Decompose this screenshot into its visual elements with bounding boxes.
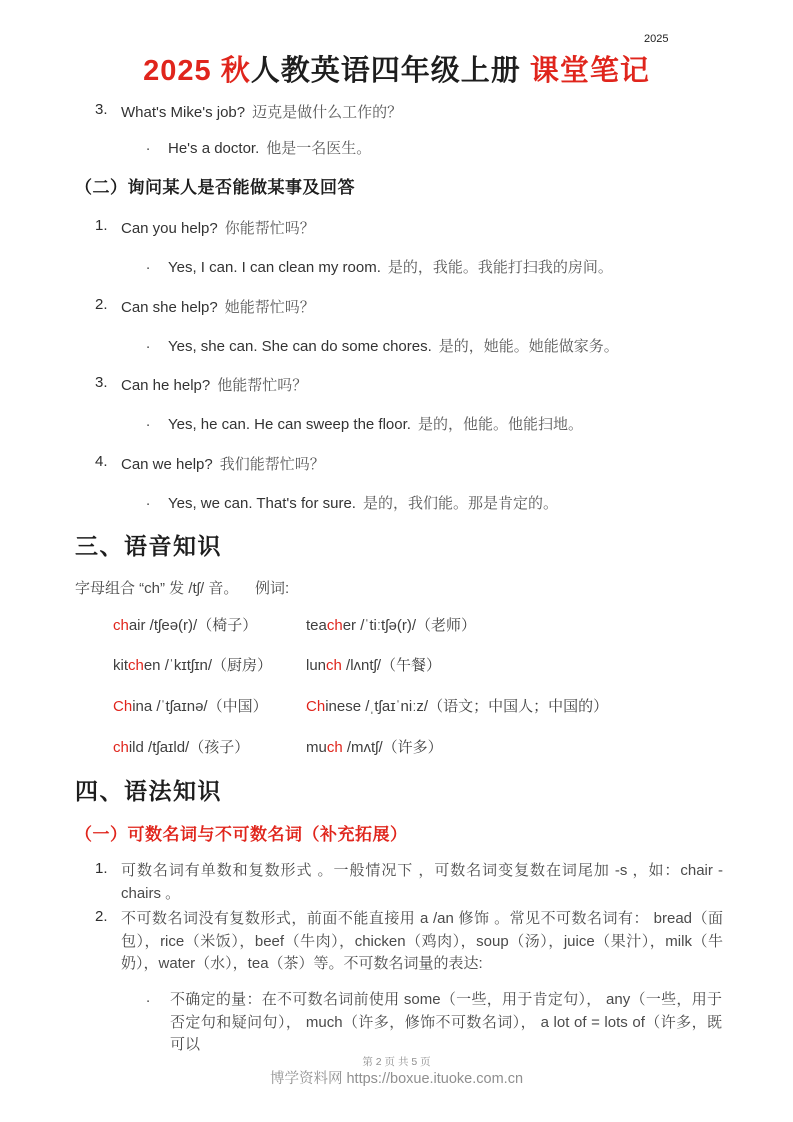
word-phonetic: /tʃaɪld/（孩子） — [144, 739, 249, 756]
answer-chinese: 他是一名医生。 — [266, 140, 371, 157]
question-english: Can he help? — [121, 377, 210, 394]
answer-chinese: 是的，我们能。那是肯定的。 — [363, 495, 558, 512]
document-title: 2025 秋人教英语四年级上册 课堂笔记 — [0, 48, 793, 89]
phonics-row: chair /tʃeə(r)/（椅子） teacher /ˈtiːtʃə(r)/… — [113, 614, 476, 635]
phonics-entry: much /mʌtʃ/（许多） — [306, 736, 443, 757]
qa-question-row: 4. Can we help?我们能帮忙吗？ — [95, 453, 325, 474]
phonics-entry: teacher /ˈtiːtʃə(r)/（老师） — [306, 614, 476, 635]
word-highlight: ch — [113, 739, 129, 756]
word-phonetic: /ˈtiːtʃə(r)/（老师） — [356, 617, 476, 634]
title-part-notes: 课堂笔记 — [530, 55, 650, 87]
answer-bullet: . — [146, 137, 168, 158]
item-number: 1. — [95, 860, 121, 905]
qa-answer-row: . Yes, I can. I can clean my room.是的，我能。… — [146, 256, 613, 277]
phonics-row: China /ˈtʃaɪnə/（中国） Chinese /ˌtʃaɪˈniːz/… — [113, 695, 608, 716]
question-number: 1. — [95, 217, 121, 238]
answer-bullet: . — [146, 413, 168, 434]
word-suffix: inese — [325, 698, 361, 715]
title-part-year: 2025 秋 — [143, 55, 251, 87]
section-two-heading: （二）询问某人是否能做某事及回答 — [75, 173, 355, 198]
phonics-entry: kitchen /ˈkɪtʃɪn/（厨房） — [113, 654, 306, 675]
phonics-entry: Chinese /ˌtʃaɪˈniːz/（语文；中国人；中国的） — [306, 695, 608, 716]
phonics-entry: chair /tʃeə(r)/（椅子） — [113, 614, 306, 635]
grammar-item: 2. 不可数名词没有复数形式，前面不能直接用 a /an 修饰 。常见不可数名词… — [95, 908, 723, 976]
question-english: Can we help? — [121, 456, 213, 473]
qa-question-row: 1. Can you help?你能帮忙吗？ — [95, 217, 315, 238]
grammar-subheading: （一）可数名词与不可数名词（补充拓展） — [75, 820, 408, 845]
phonics-entry: lunch /lʌntʃ/（午餐） — [306, 654, 441, 675]
word-highlight: ch — [327, 617, 343, 634]
question-chinese: 我们能帮忙吗？ — [220, 456, 325, 473]
word-prefix: lun — [306, 657, 326, 674]
word-phonetic: /mʌtʃ/（许多） — [343, 739, 443, 756]
word-suffix: en — [144, 657, 161, 674]
item-text: 不可数名词没有复数形式，前面不能直接用 a /an 修饰 。常见不可数名词有： … — [121, 908, 723, 976]
question-chinese: 她能帮忙吗？ — [225, 299, 315, 316]
question-number: 3. — [95, 101, 121, 122]
grammar-item: 1. 可数名词有单数和复数形式 。一般情况下 ，可数名词变复数在词尾加 -s ，… — [95, 860, 723, 905]
sub-item-text: 不确定的量：在不可数名词前使用 some（一些，用于肯定句）， any（一些，用… — [170, 989, 722, 1057]
word-highlight: ch — [326, 657, 342, 674]
qa-answer-row: . Yes, we can. That's for sure.是的，我们能。那是… — [146, 492, 558, 513]
answer-english: He's a doctor. — [168, 140, 259, 157]
answer-english: Yes, he can. He can sweep the floor. — [168, 416, 411, 433]
question-chinese: 迈克是做什么工作的？ — [252, 104, 402, 121]
question-number: 2. — [95, 296, 121, 317]
phonics-entry: child /tʃaɪld/（孩子） — [113, 736, 306, 757]
phonics-row: child /tʃaɪld/（孩子） much /mʌtʃ/（许多） — [113, 736, 443, 757]
section-three-heading: 三、语音知识 — [75, 528, 222, 561]
word-prefix: mu — [306, 739, 327, 756]
word-phonetic: /tʃeə(r)/（椅子） — [146, 617, 258, 634]
answer-chinese: 是的，他能。他能扫地。 — [418, 416, 583, 433]
word-highlight: Ch — [113, 698, 132, 715]
answer-bullet: . — [146, 256, 168, 277]
word-phonetic: /ˌtʃaɪˈniːz/（语文；中国人；中国的） — [361, 698, 608, 715]
word-suffix: er — [343, 617, 356, 634]
sub-item-bullet: . — [146, 989, 170, 1057]
question-english: What's Mike's job? — [121, 104, 245, 121]
word-suffix: ina — [132, 698, 152, 715]
word-phonetic: /ˈkɪtʃɪn/（厨房） — [161, 657, 273, 674]
footer-site-link: 博学资料网 https://boxue.ituoke.com.cn — [0, 1067, 793, 1088]
question-chinese: 他能帮忙吗？ — [217, 377, 307, 394]
word-suffix: ild — [129, 739, 144, 756]
qa-answer-row: . Yes, she can. She can do some chores.是… — [146, 335, 619, 356]
word-highlight: Ch — [306, 698, 325, 715]
qa-answer-row: . Yes, he can. He can sweep the floor.是的… — [146, 413, 583, 434]
answer-english: Yes, she can. She can do some chores. — [168, 338, 432, 355]
word-highlight: ch — [327, 739, 343, 756]
word-phonetic: /ˈtʃaɪnə/（中国） — [152, 698, 267, 715]
grammar-sub-item: . 不确定的量：在不可数名词前使用 some（一些，用于肯定句）， any（一些… — [146, 989, 722, 1057]
answer-chinese: 是的，我能。我能打扫我的房间。 — [388, 259, 613, 276]
word-highlight: ch — [113, 617, 129, 634]
qa-question-row: 3. Can he help?他能帮忙吗？ — [95, 374, 307, 395]
answer-chinese: 是的，她能。她能做家务。 — [439, 338, 619, 355]
phonics-entry: China /ˈtʃaɪnə/（中国） — [113, 695, 306, 716]
item-number: 2. — [95, 908, 121, 976]
qa-answer-row: . He's a doctor.他是一名医生。 — [146, 137, 371, 158]
word-suffix: air — [129, 617, 146, 634]
answer-bullet: . — [146, 492, 168, 513]
answer-english: Yes, I can. I can clean my room. — [168, 259, 381, 276]
qa-question-row: 2. Can she help?她能帮忙吗？ — [95, 296, 315, 317]
phonics-row: kitchen /ˈkɪtʃɪn/（厨房） lunch /lʌntʃ/（午餐） — [113, 654, 441, 675]
question-english: Can she help? — [121, 299, 218, 316]
title-part-book: 人教英语四年级上册 — [251, 55, 530, 87]
item-text: 可数名词有单数和复数形式 。一般情况下 ，可数名词变复数在词尾加 -s ，如：c… — [121, 860, 723, 905]
question-english: Can you help? — [121, 220, 218, 237]
answer-english: Yes, we can. That's for sure. — [168, 495, 356, 512]
word-prefix: tea — [306, 617, 327, 634]
question-number: 4. — [95, 453, 121, 474]
question-chinese: 你能帮忙吗？ — [225, 220, 315, 237]
word-prefix: kit — [113, 657, 128, 674]
corner-year: 2025 — [644, 33, 668, 45]
section-four-heading: 四、语法知识 — [75, 773, 222, 806]
answer-bullet: . — [146, 335, 168, 356]
qa-question-row: 3. What's Mike's job?迈克是做什么工作的？ — [95, 101, 402, 122]
word-phonetic: /lʌntʃ/（午餐） — [342, 657, 441, 674]
phonics-intro: 字母组合 “ch” 发 /tʃ/ 音。 例词: — [75, 577, 289, 598]
word-highlight: ch — [128, 657, 144, 674]
question-number: 3. — [95, 374, 121, 395]
